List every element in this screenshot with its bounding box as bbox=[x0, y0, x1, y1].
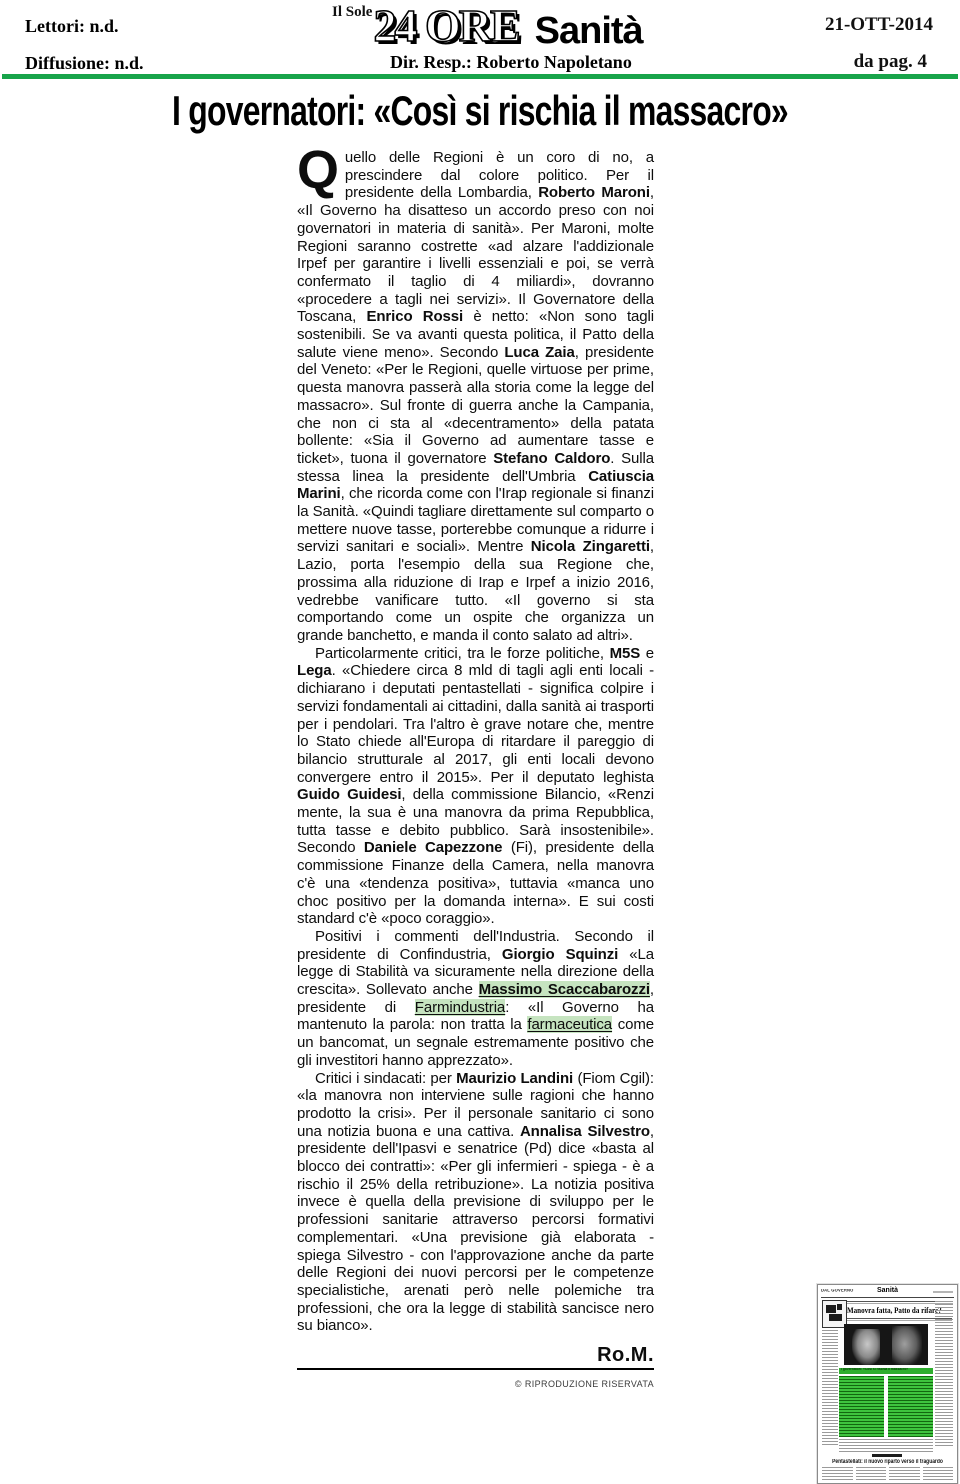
thumb-second-headline: Pentastellati: il nuovo riparto verso il… bbox=[831, 1459, 945, 1465]
highlighted-term: Farmindustria bbox=[415, 999, 505, 1016]
person-name: Maurizio Landini bbox=[456, 1070, 573, 1087]
thumb-bottom-col bbox=[822, 1467, 853, 1480]
copyright-notice: © RIPRODUZIONE RISERVATA bbox=[297, 1376, 654, 1394]
person-name: Giorgio Squinzi bbox=[502, 946, 618, 963]
press-review-page: Lettori: n.d. Diffusione: n.d. Il Sole 2… bbox=[0, 0, 960, 1484]
thumb-photo-face-right bbox=[892, 1326, 922, 1365]
thumb-text-below-highlight bbox=[839, 1439, 933, 1452]
article-paragraph: Positivi i commenti dell'Industria. Seco… bbox=[297, 928, 654, 1070]
source-page-thumbnail[interactable]: DAL GOVERNO Sanità Manovra fatta, Patto … bbox=[817, 1284, 958, 1484]
person-name: Nicola Zingaretti bbox=[531, 538, 650, 555]
director-line: Dir. Resp.: Roberto Napoletano bbox=[390, 52, 632, 73]
il-sole-logo-text: Il Sole bbox=[332, 4, 372, 21]
person-name: Luca Zaia bbox=[504, 344, 574, 361]
article-text: , presidente dell'Ipasvi e senatrice (Pd… bbox=[297, 1123, 654, 1335]
thumb-left-column-text bbox=[822, 1330, 838, 1446]
source-page-ref: da pag. 4 bbox=[854, 51, 927, 73]
thumb-photo-face-left bbox=[852, 1329, 880, 1365]
article-paragraph: Quello delle Regioni è un coro di no, a … bbox=[297, 149, 654, 645]
article-text: , «Il Governo ha disatteso un accordo pr… bbox=[297, 184, 654, 325]
thumb-bottom-col bbox=[856, 1467, 887, 1480]
person-name: M5S bbox=[610, 645, 641, 662]
person-name: Annalisa Silvestro bbox=[520, 1123, 650, 1140]
thumb-highlighted-title: I governatori: «Così si rischia il massa… bbox=[841, 1368, 908, 1371]
article-paragraph: Critici i sindacati: per Maurizio Landin… bbox=[297, 1070, 654, 1336]
sanita-logo-text: Sanità bbox=[535, 10, 643, 53]
thumb-top-rule bbox=[821, 1297, 954, 1298]
24ore-logo-text: 24 ORE bbox=[373, 2, 518, 50]
person-name: Stefano Caldoro bbox=[493, 450, 610, 467]
thumb-section-bar bbox=[872, 1454, 902, 1457]
thumb-photo bbox=[844, 1324, 928, 1365]
thumb-headline: Manovra fatta, Patto da rifare? bbox=[847, 1306, 942, 1315]
signature: Ro.M. bbox=[297, 1347, 654, 1365]
person-name: Roberto Maroni bbox=[538, 184, 650, 201]
article-text: e bbox=[640, 645, 654, 662]
readers-stat: Lettori: n.d. bbox=[25, 16, 119, 37]
article-paragraphs: Quello delle Regioni è un coro di no, a … bbox=[297, 149, 654, 1335]
person-name: Guido Guidesi bbox=[297, 786, 401, 803]
article-text: , presidente del Veneto: «Per le Regioni… bbox=[297, 344, 654, 467]
article-body: Quello delle Regioni è un coro di no, a … bbox=[297, 149, 654, 1394]
circulation-stat: Diffusione: n.d. bbox=[25, 53, 144, 74]
thumb-highlighted-title-bar: I governatori: «Così si rischia il massa… bbox=[839, 1368, 933, 1374]
article-paragraph: Particolarmente critici, tra le forze po… bbox=[297, 645, 654, 928]
person-name: Enrico Rossi bbox=[366, 308, 463, 325]
thumb-right-column-text bbox=[935, 1301, 953, 1446]
person-name: Daniele Capezzone bbox=[364, 839, 503, 856]
green-divider bbox=[2, 74, 958, 79]
thumb-highlighted-column-2 bbox=[888, 1376, 933, 1437]
thumb-bottom-columns bbox=[822, 1467, 953, 1480]
thumb-date-placeholder bbox=[933, 1291, 953, 1293]
thumb-bottom-col bbox=[923, 1467, 954, 1480]
thumb-highlighted-column-1 bbox=[839, 1376, 884, 1437]
highlighted-term: farmaceutica bbox=[527, 1016, 612, 1033]
highlighted-term: Massimo Scaccabarozzi bbox=[479, 981, 650, 998]
thumb-bottom-col bbox=[889, 1467, 920, 1480]
article-text: Particolarmente critici, tra le forze po… bbox=[315, 645, 610, 662]
article-text: . «Chiedere circa 8 mld di tagli agli en… bbox=[297, 662, 654, 785]
drop-cap: Q bbox=[297, 149, 339, 189]
signature-rule bbox=[297, 1368, 654, 1370]
sole24ore-sanita-logo: Il Sole 24 ORE Sanità bbox=[332, 2, 643, 53]
person-name: Lega bbox=[297, 662, 332, 679]
issue-date: 21-OTT-2014 bbox=[825, 14, 933, 36]
article-text: Critici i sindacati: per bbox=[315, 1070, 456, 1087]
article-headline: I governatori: «Così si rischia il massa… bbox=[115, 86, 845, 136]
